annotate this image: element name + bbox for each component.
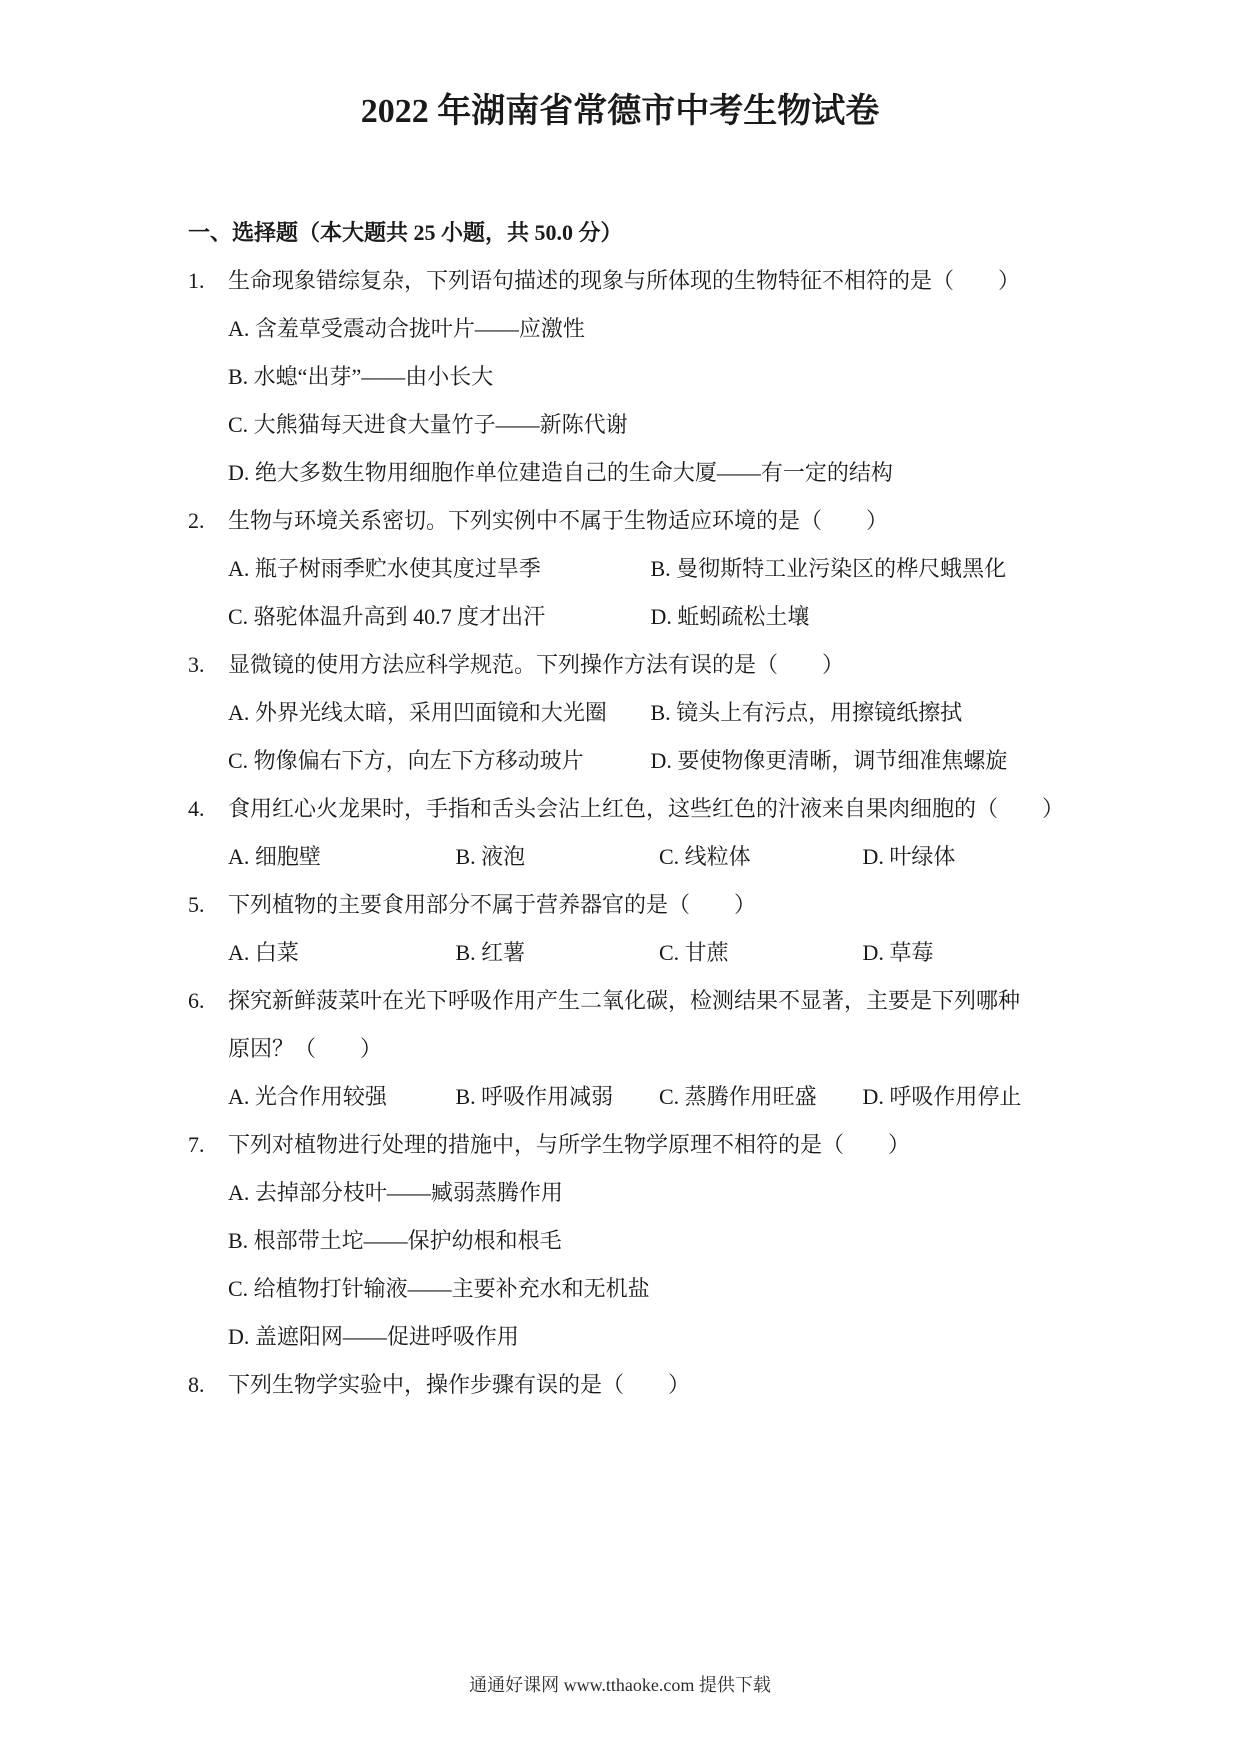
section-header: 一、选择题（本大题共 25 小题，共 50.0 分） [188,209,1240,257]
option-d: D. 草莓 [863,929,934,977]
option-d: D. 要使物像更清晰，调节细准焦螺旋 [651,737,1008,785]
option-b: B. 镜头上有污点，用擦镜纸擦拭 [651,689,963,737]
option-a: A. 光合作用较强 [228,1073,450,1121]
question-5: 5. 下列植物的主要食用部分不属于营养器官的是（ ） A. 白菜 B. 红薯 C… [188,881,1240,977]
question-text: 生命现象错综复杂，下列语句描述的现象与所体现的生物特征不相符的是（ ） [228,257,1068,305]
option-c: C. 物像偏右下方，向左下方移动玻片 [228,737,645,785]
question-number: 2. [188,497,228,545]
question-text: 生物与环境关系密切。下列实例中不属于生物适应环境的是（ ） [228,497,1068,545]
question-number: 4. [188,785,228,833]
option-a: A. 瓶子树雨季贮水使其度过旱季 [228,545,645,593]
question-number: 8. [188,1361,228,1409]
option-c: C. 骆驼体温升高到 40.7 度才出汗 [228,593,645,641]
option-d: D. 盖遮阳网——促进呼吸作用 [228,1313,1068,1361]
question-3: 3. 显微镜的使用方法应科学规范。下列操作方法有误的是（ ） A. 外界光线太暗… [188,641,1240,785]
question-text: 探究新鲜菠菜叶在光下呼吸作用产生二氧化碳，检测结果不显著，主要是下列哪种 [228,977,1068,1025]
footer-note: 通通好课网 www.tthaoke.com 提供下载 [0,1672,1240,1698]
question-4: 4. 食用红心火龙果时，手指和舌头会沾上红色，这些红色的汁液来自果肉细胞的（ ）… [188,785,1240,881]
option-a: A. 细胞壁 [228,833,450,881]
question-number: 7. [188,1121,228,1169]
question-number: 6. [188,977,228,1025]
question-7: 7. 下列对植物进行处理的措施中，与所学生物学原理不相符的是（ ） A. 去掉部… [188,1121,1240,1361]
question-number: 1. [188,257,228,305]
option-b: B. 红薯 [456,929,654,977]
option-d: D. 蚯蚓疏松土壤 [651,593,810,641]
option-d: D. 呼吸作用停止 [863,1073,1022,1121]
question-text: 显微镜的使用方法应科学规范。下列操作方法有误的是（ ） [228,641,1068,689]
option-a: A. 外界光线太暗，采用凹面镜和大光圈 [228,689,645,737]
option-a: A. 白菜 [228,929,450,977]
question-1: 1. 生命现象错综复杂，下列语句描述的现象与所体现的生物特征不相符的是（ ） A… [188,257,1240,497]
option-b: B. 呼吸作用减弱 [456,1073,654,1121]
page-title: 2022 年湖南省常德市中考生物试卷 [0,92,1240,132]
question-text: 下列植物的主要食用部分不属于营养器官的是（ ） [228,881,1068,929]
option-d: D. 绝大多数生物用细胞作单位建造自己的生命大厦——有一定的结构 [228,449,1068,497]
exam-paper-page: 2022 年湖南省常德市中考生物试卷 一、选择题（本大题共 25 小题，共 50… [0,0,1240,1754]
option-c: C. 给植物打针输液——主要补充水和无机盐 [228,1265,1068,1313]
option-c: C. 大熊猫每天进食大量竹子——新陈代谢 [228,401,1068,449]
option-b: B. 曼彻斯特工业污染区的桦尺蛾黑化 [651,545,1007,593]
option-c: C. 蒸腾作用旺盛 [659,1073,857,1121]
option-c: C. 甘蔗 [659,929,857,977]
option-a: A. 去掉部分枝叶——臧弱蒸腾作用 [228,1169,1068,1217]
question-2: 2. 生物与环境关系密切。下列实例中不属于生物适应环境的是（ ） A. 瓶子树雨… [188,497,1240,641]
question-number: 3. [188,641,228,689]
option-d: D. 叶绿体 [863,833,956,881]
option-b: B. 液泡 [456,833,654,881]
option-a: A. 含羞草受震动合拢叶片——应激性 [228,305,1068,353]
question-text: 食用红心火龙果时，手指和舌头会沾上红色，这些红色的汁液来自果肉细胞的（ ） [228,785,1068,833]
option-c: C. 线粒体 [659,833,857,881]
option-b: B. 水螅“出芽”——由小长大 [228,353,1068,401]
question-text-line2: 原因？（ ） [228,1025,1068,1073]
option-b: B. 根部带土坨——保护幼根和根毛 [228,1217,1068,1265]
question-number: 5. [188,881,228,929]
question-text: 下列对植物进行处理的措施中，与所学生物学原理不相符的是（ ） [228,1121,1068,1169]
question-6: 6. 探究新鲜菠菜叶在光下呼吸作用产生二氧化碳，检测结果不显著，主要是下列哪种 … [188,977,1240,1121]
question-text: 下列生物学实验中，操作步骤有误的是（ ） [228,1361,1068,1409]
question-8: 8. 下列生物学实验中，操作步骤有误的是（ ） [188,1361,1240,1409]
